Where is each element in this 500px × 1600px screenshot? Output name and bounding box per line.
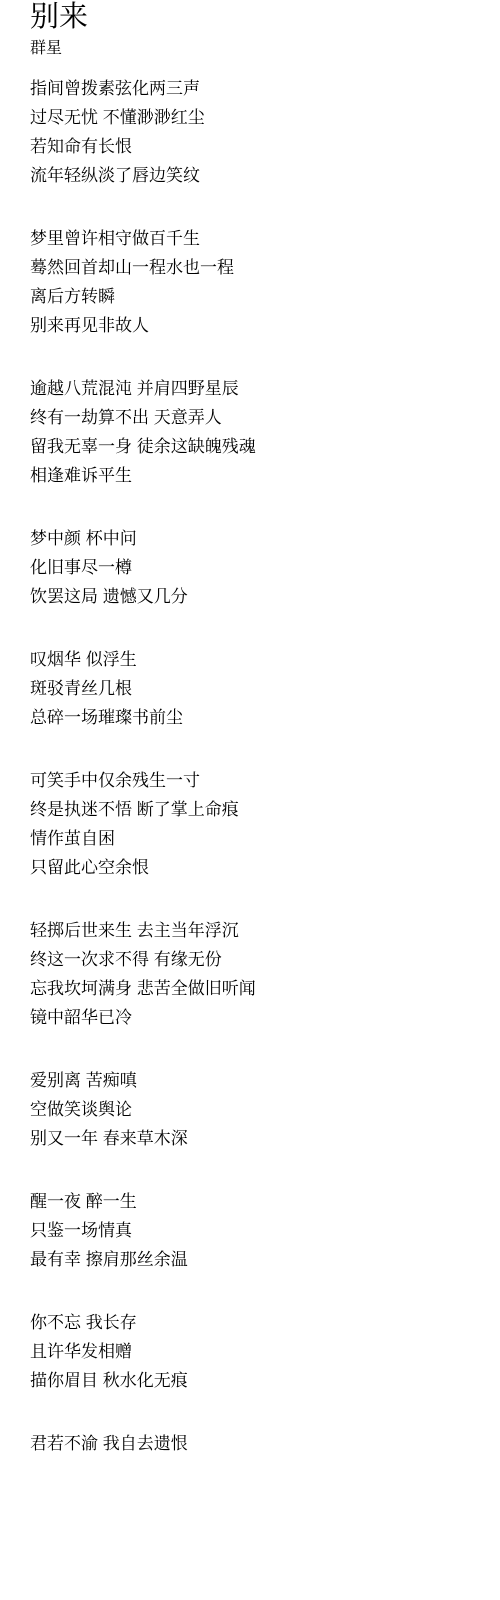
lyric-line: 离后方转瞬 <box>30 282 480 311</box>
lyric-line: 描你眉目 秋水化无痕 <box>30 1366 480 1395</box>
stanza: 梦中颜 杯中问化旧事尽一樽饮罢这局 遗憾又几分 <box>30 524 480 611</box>
lyric-line: 轻掷后世来生 去主当年浮沉 <box>30 916 480 945</box>
lyric-line: 饮罢这局 遗憾又几分 <box>30 582 480 611</box>
lyric-line: 你不忘 我长存 <box>30 1308 480 1337</box>
lyric-line: 过尽无忧 不懂渺渺红尘 <box>30 103 480 132</box>
lyric-line: 蓦然回首却山一程水也一程 <box>30 253 480 282</box>
lyric-line: 若知命有长恨 <box>30 132 480 161</box>
lyric-line: 终有一劫算不出 天意弄人 <box>30 403 480 432</box>
lyric-line: 梦里曾许相守做百千生 <box>30 224 480 253</box>
stanza: 叹烟华 似浮生斑驳青丝几根总碎一场璀璨书前尘 <box>30 645 480 732</box>
stanza: 轻掷后世来生 去主当年浮沉终这一次求不得 有缘无份忘我坎坷满身 悲苦全做旧听闻镜… <box>30 916 480 1032</box>
lyric-line: 叹烟华 似浮生 <box>30 645 480 674</box>
lyric-line: 逾越八荒混沌 并肩四野星辰 <box>30 374 480 403</box>
lyric-line: 化旧事尽一樽 <box>30 553 480 582</box>
lyric-line: 爱别离 苦痴嗔 <box>30 1066 480 1095</box>
lyric-line: 最有幸 擦肩那丝余温 <box>30 1245 480 1274</box>
page-title: 别来 <box>30 0 480 34</box>
lyric-line: 忘我坎坷满身 悲苦全做旧听闻 <box>30 974 480 1003</box>
lyric-line: 斑驳青丝几根 <box>30 674 480 703</box>
stanza: 爱别离 苦痴嗔空做笑谈舆论别又一年 春来草木深 <box>30 1066 480 1153</box>
lyric-line: 指间曾拨素弦化两三声 <box>30 74 480 103</box>
lyric-line: 情作茧自困 <box>30 824 480 853</box>
lyric-line: 醒一夜 醉一生 <box>30 1187 480 1216</box>
lyric-line: 留我无辜一身 徒余这缺魄残魂 <box>30 432 480 461</box>
lyric-line: 镜中韶华已冷 <box>30 1003 480 1032</box>
lyric-line: 只留此心空余恨 <box>30 853 480 882</box>
lyric-line: 总碎一场璀璨书前尘 <box>30 703 480 732</box>
stanza: 君若不渝 我自去遗恨 <box>30 1429 480 1458</box>
lyric-line: 相逢难诉平生 <box>30 461 480 490</box>
stanza: 指间曾拨素弦化两三声过尽无忧 不懂渺渺红尘若知命有长恨流年轻纵淡了唇边笑纹 <box>30 74 480 190</box>
stanza: 梦里曾许相守做百千生蓦然回首却山一程水也一程离后方转瞬别来再见非故人 <box>30 224 480 340</box>
lyric-line: 终是执迷不悟 断了掌上命痕 <box>30 795 480 824</box>
artist-name: 群星 <box>30 38 480 60</box>
stanza: 你不忘 我长存且许华发相赠描你眉目 秋水化无痕 <box>30 1308 480 1395</box>
lyric-line: 别来再见非故人 <box>30 311 480 340</box>
lyric-line: 可笑手中仅余残生一寸 <box>30 766 480 795</box>
lyric-line: 君若不渝 我自去遗恨 <box>30 1429 480 1458</box>
lyric-line: 梦中颜 杯中问 <box>30 524 480 553</box>
lyric-line: 空做笑谈舆论 <box>30 1095 480 1124</box>
lyric-line: 终这一次求不得 有缘无份 <box>30 945 480 974</box>
lyrics-page: 别来 群星 指间曾拨素弦化两三声过尽无忧 不懂渺渺红尘若知命有长恨流年轻纵淡了唇… <box>0 0 500 1458</box>
lyric-line: 只鉴一场情真 <box>30 1216 480 1245</box>
lyric-line: 流年轻纵淡了唇边笑纹 <box>30 161 480 190</box>
lyrics-body: 指间曾拨素弦化两三声过尽无忧 不懂渺渺红尘若知命有长恨流年轻纵淡了唇边笑纹梦里曾… <box>30 74 480 1458</box>
stanza: 醒一夜 醉一生只鉴一场情真最有幸 擦肩那丝余温 <box>30 1187 480 1274</box>
stanza: 逾越八荒混沌 并肩四野星辰终有一劫算不出 天意弄人留我无辜一身 徒余这缺魄残魂相… <box>30 374 480 490</box>
stanza: 可笑手中仅余残生一寸终是执迷不悟 断了掌上命痕情作茧自困只留此心空余恨 <box>30 766 480 882</box>
lyric-line: 且许华发相赠 <box>30 1337 480 1366</box>
lyric-line: 别又一年 春来草木深 <box>30 1124 480 1153</box>
